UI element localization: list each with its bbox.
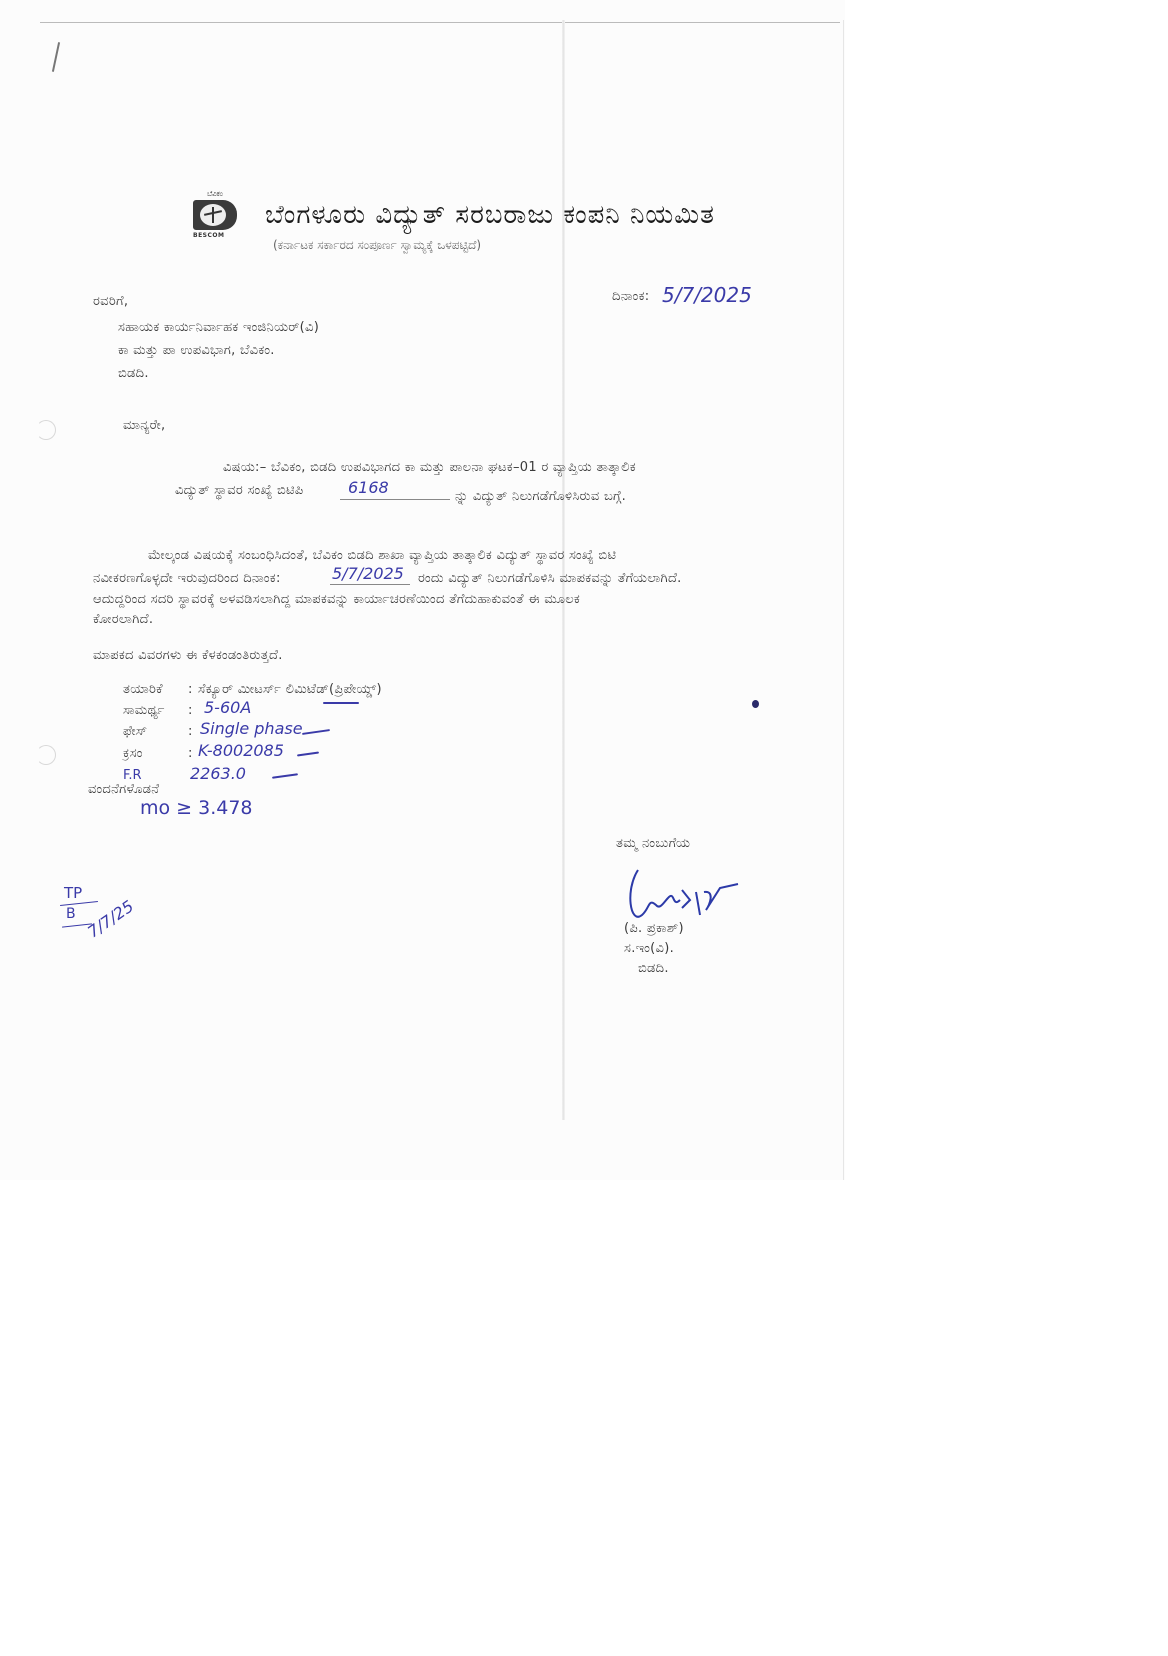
colon: : <box>188 746 193 761</box>
ink-dot <box>752 700 759 708</box>
margin-note-line3: 7/7/25 <box>84 896 137 941</box>
scan-edge-right <box>843 20 844 1180</box>
subject-line2-prefix: ವಿದ್ಯುತ್ ಸ್ಥಾವರ ಸಂಖ್ಯೆ ಬಿಟಿಪಿ <box>175 483 303 498</box>
handwritten-note: mo ≥ 3.478 <box>140 797 253 819</box>
disconnect-date: 5/7/2025 <box>332 564 404 583</box>
closing-yours: ತಮ್ಮ ನಂಬುಗೆಯ <box>616 836 690 851</box>
body-line3: ಆದುದ್ದರಿಂದ ಸದರಿ ಸ್ಥಾವರಕ್ಕೆ ಅಳವಡಿಸಲಾಗಿದ್ದ… <box>93 592 580 607</box>
regards-label: ವಂದನೆಗಳೊಡನೆ <box>88 782 159 797</box>
body-line2-prefix: ನವೀಕರಣಗೊಳ್ಳದೇ ಇರುವುದರಿಂದ ದಿನಾಂಕ: <box>93 571 281 586</box>
meter-label-serial: ಕ್ರಸಂ <box>123 746 143 761</box>
addressee-line3: ಬಿಡದಿ. <box>118 366 149 381</box>
company-name: ಬೆಂಗಳೂರು ವಿದ್ಯುತ್ ಸರಬರಾಜು ಕಂಪನಿ ನಿಯಮಿತ <box>265 200 715 231</box>
meter-value-phase: Single phase <box>200 719 303 738</box>
signatory-designation: ಸ.ಇಂ(ವಿ). <box>624 941 674 956</box>
meter-value-fr: 2263.0 <box>190 764 246 783</box>
logo-b-icon <box>193 200 237 230</box>
signatory-name: (ಪಿ. ಪ್ರಕಾಶ್) <box>624 921 684 936</box>
installation-number: 6168 <box>348 478 389 497</box>
paper-fold-line <box>562 20 565 1120</box>
subject-line1: ವಿಷಯ:– ಬೆವಿಕಂ, ಬಿಡದಿ ಉಪವಿಭಾಗದ ಕಾ ಮತ್ತು ಪ… <box>223 460 636 475</box>
signatory-place: ಬಿಡದಿ. <box>638 961 669 976</box>
addressee-line1: ಸಹಾಯಕ ಕಾರ್ಯನಿರ್ವಾಹಕ ಇಂಜಿನಿಯರ್(ವಿ) <box>118 320 319 335</box>
greeting: ಮಾನ್ಯರೇ, <box>123 418 165 433</box>
logo-name: BESCOM <box>193 232 243 239</box>
colon: : <box>188 724 193 739</box>
punch-hole-mark <box>36 420 56 440</box>
meter-value-make: ಸೆಕ್ಯೂರ್ ಮೀಟರ್ಸ್ ಲಿಮಿಟೆಡ್(ಪ್ರಿಪೇಯ್ಡ್) <box>198 682 382 697</box>
body-line4: ಕೋರಲಾಗಿದೆ. <box>93 612 153 627</box>
colon: : <box>188 682 193 697</box>
meter-label-fr: F.R <box>123 768 142 783</box>
pen-mark <box>52 42 60 72</box>
logo-top-text: ಬೆವಿಕಂ <box>193 190 237 199</box>
meter-intro: ಮಾಪಕದ ವಿವರಗಳು ಈ ಕೆಳಕಂಡಂತಿರುತ್ತದೆ. <box>93 648 283 663</box>
colon: : <box>188 703 193 718</box>
margin-note-line2: B <box>66 906 76 922</box>
body-line2-suffix: ರಂದು ವಿದ್ಯುತ್ ನಿಲುಗಡೆಗೊಳಿಸಿ ಮಾಪಕವನ್ನು ತೆ… <box>418 571 682 586</box>
addressee-to: ರವರಿಗೆ, <box>93 294 128 309</box>
punch-hole-mark <box>36 745 56 765</box>
addressee-line2: ಕಾ ಮತ್ತು ಪಾ ಉಪವಿಭಾಗ, ಬೆವಿಕಂ. <box>118 343 275 358</box>
meter-label-make: ತಯಾರಿಕೆ <box>123 682 163 697</box>
date-value: 5/7/2025 <box>662 283 752 307</box>
scan-edge <box>40 22 840 23</box>
scanned-letter: ಬೆವಿಕಂ BESCOM ಬೆಂಗಳೂರು ವಿದ್ಯುತ್ ಸರಬರಾಜು … <box>0 0 845 1180</box>
bescom-logo: ಬೆವಿಕಂ BESCOM <box>193 190 243 240</box>
margin-note-line1: TP <box>64 884 82 902</box>
body-line1: ಮೇಲ್ಕಂಡ ವಿಷಯಕ್ಕೆ ಸಂಬಂಧಿಸಿದಂತೆ, ಬೆವಿಕಂ ಬಿ… <box>148 548 616 563</box>
meter-label-capacity: ಸಾಮರ್ಥ್ಯ <box>123 703 165 718</box>
meter-value-serial: K-8002085 <box>198 741 284 760</box>
subject-line2-suffix: ನ್ನು ವಿದ್ಯುತ್ ನಿಲುಗಡೆಗೊಳಿಸಿರುವ ಬಗ್ಗೆ. <box>455 489 626 504</box>
company-subtitle: (ಕರ್ನಾಟಕ ಸರ್ಕಾರದ ಸಂಪೂರ್ಣ ಸ್ವಾಮ್ಯಕ್ಕೆ ಒಳಪ… <box>273 238 481 253</box>
meter-value-capacity: 5-60A <box>204 698 251 717</box>
date-label: ದಿನಾಂಕ: <box>612 289 649 304</box>
meter-label-phase: ಫೇಸ್ <box>123 724 147 739</box>
